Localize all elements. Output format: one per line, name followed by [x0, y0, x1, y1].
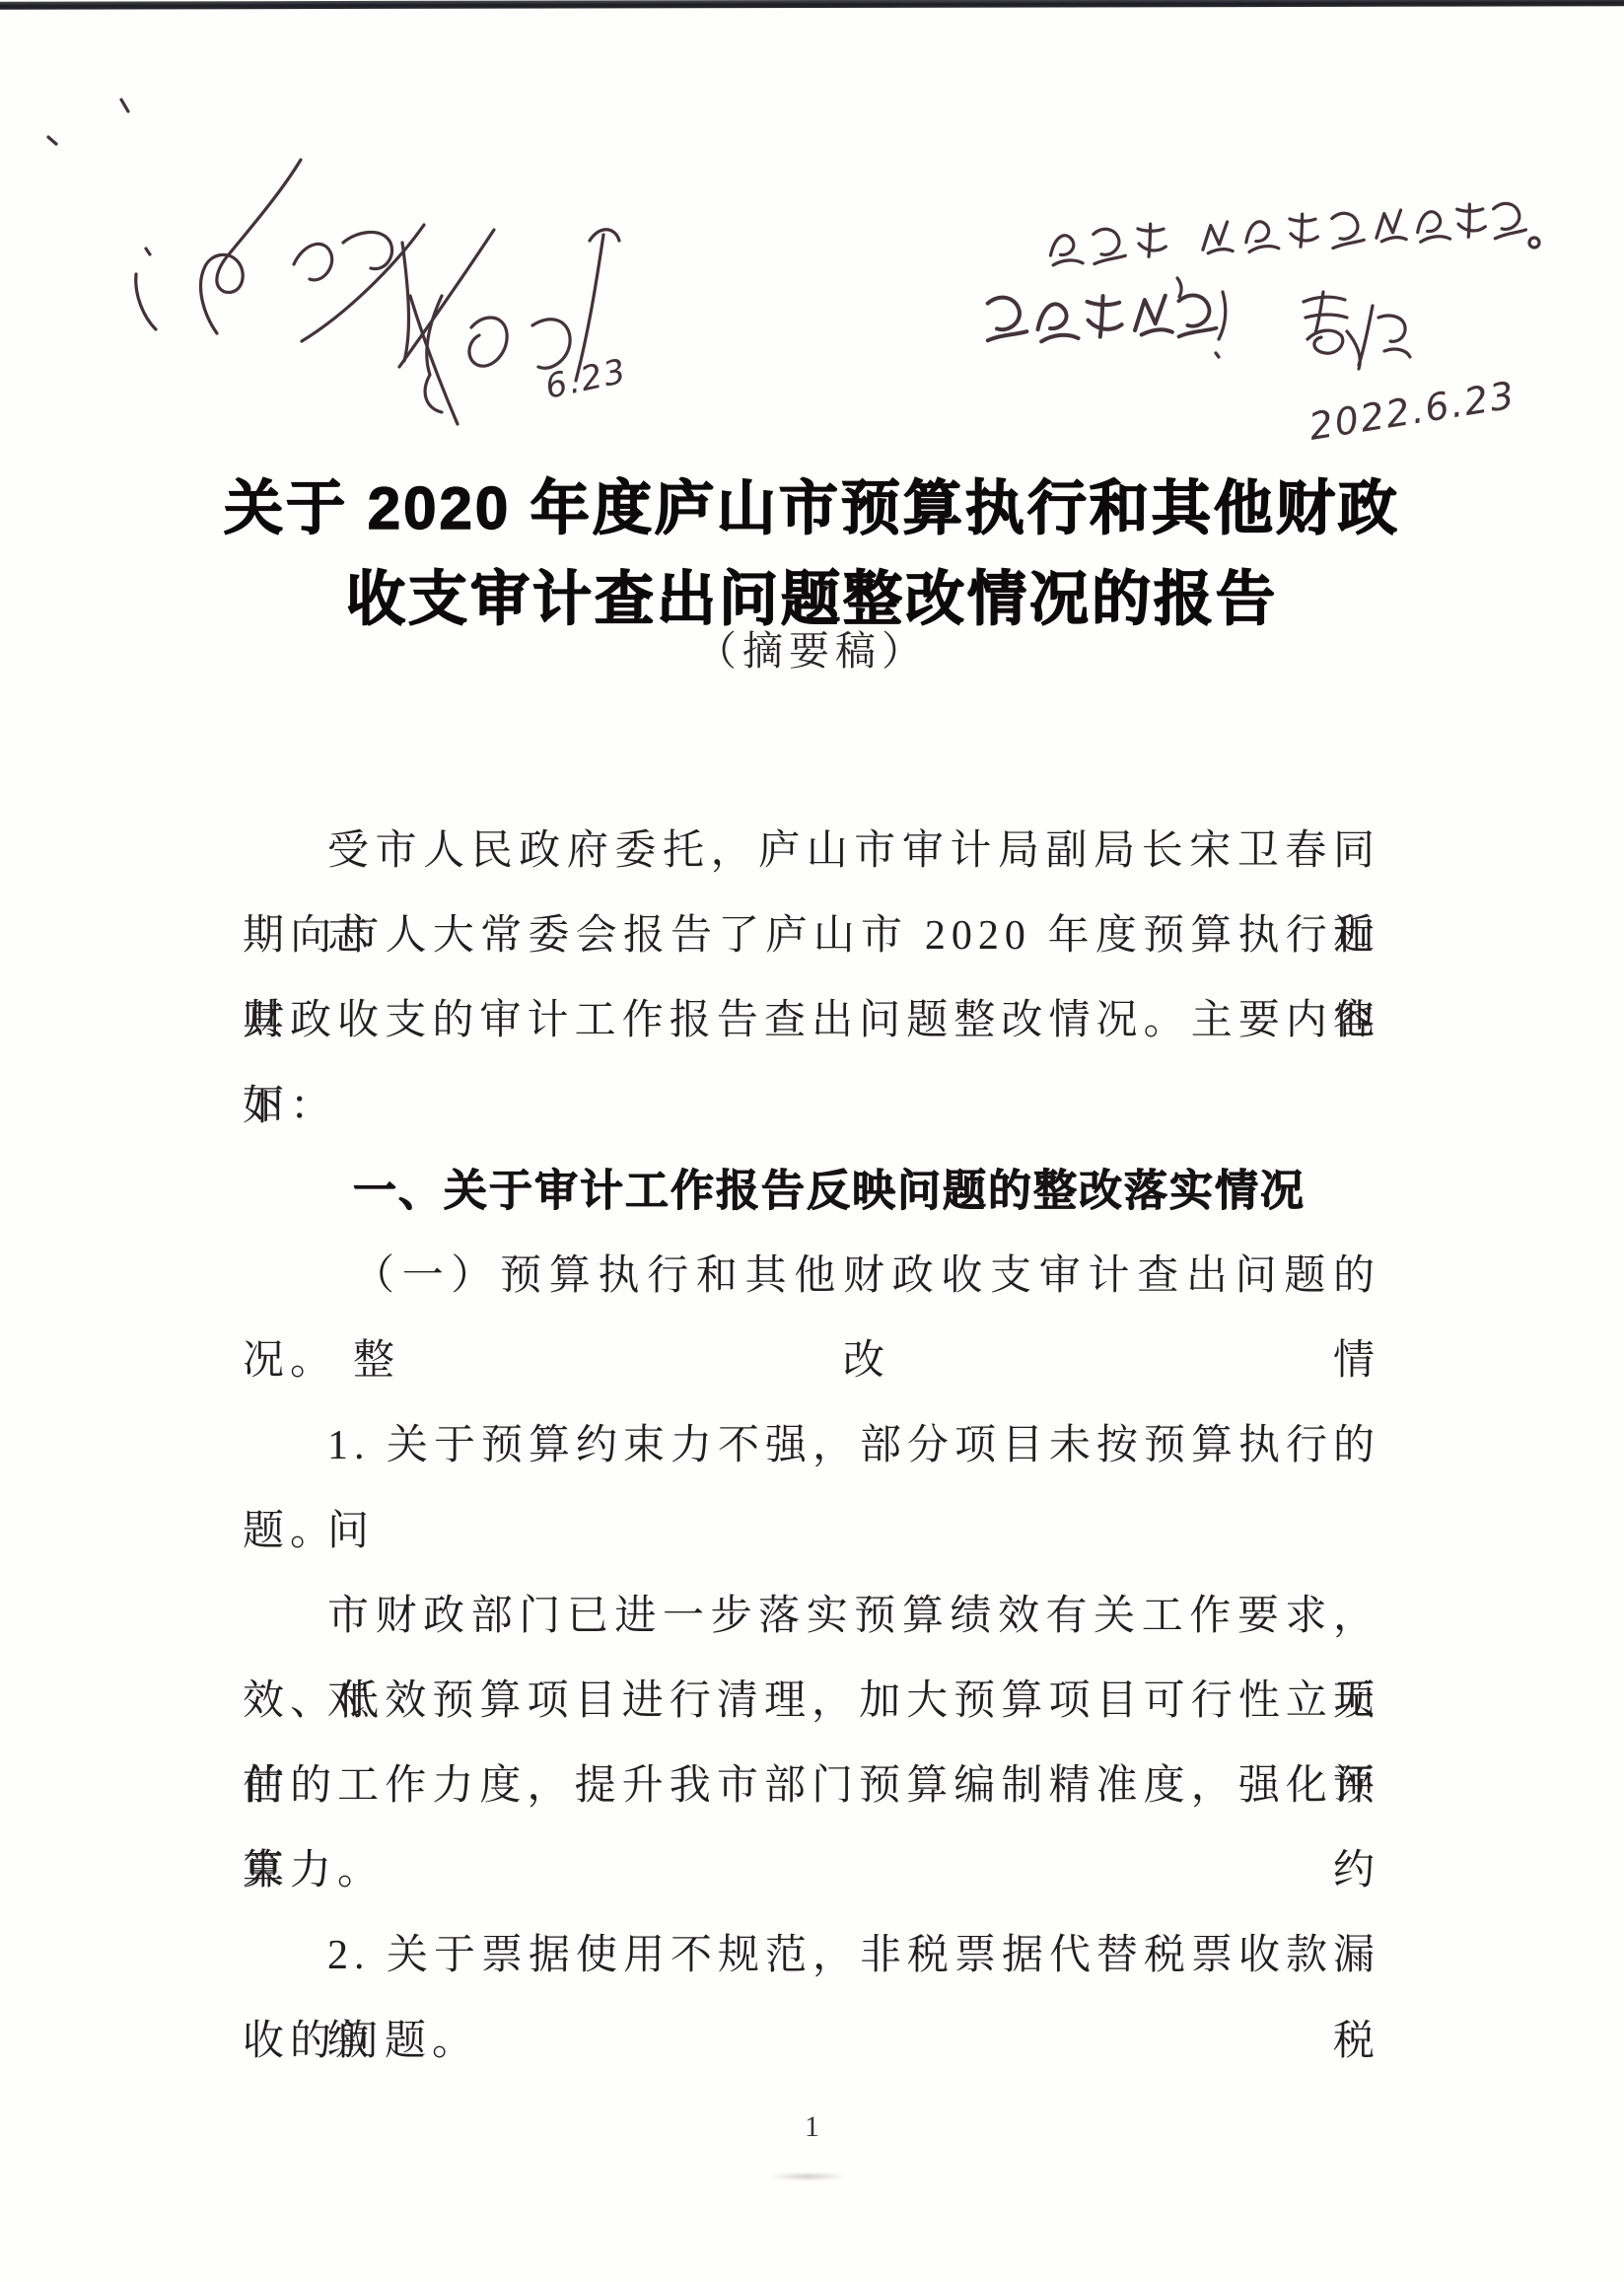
handwritten-note-line2 — [985, 292, 1226, 357]
handwritten-signature-b: 6.23 — [399, 230, 631, 412]
scan-smudge — [771, 2173, 844, 2180]
handwritten-date-left: 6.23 — [542, 351, 631, 407]
scan-edge-bar — [0, 0, 1624, 10]
body-line: 市财政部门已进一步落实预算绩效有关工作要求，对无 — [243, 1574, 1380, 1659]
scanned-document-page: 6.23 — [0, 0, 1624, 2282]
section-heading: 一、关于审计工作报告反映问题的整改落实情况 — [243, 1149, 1380, 1234]
body-line: 效、低效预算项目进行清理，加大预算项目可行性立项前评 — [243, 1659, 1380, 1744]
body-line: 期向市人大常委会报告了庐山市 2020 年度预算执行和其他 — [243, 893, 1380, 978]
body-line: 题。 — [243, 1489, 1380, 1574]
handwritten-signature-a — [48, 100, 458, 424]
body-line: 估的工作力度，提升我市部门预算编制精准度，强化预算约 — [243, 1744, 1380, 1828]
body-line: 财政收支的审计工作报告查出问题整改情况。主要内容如 — [243, 978, 1380, 1063]
body-line: 受市人民政府委托，庐山市审计局副局长宋卫春同志近 — [243, 809, 1380, 893]
body-line: 下： — [243, 1064, 1380, 1149]
handwritten-approver-signature: 2022.6.23 — [1304, 292, 1518, 449]
body-line: （一）预算执行和其他财政收支审计查出问题的整改情 — [243, 1234, 1380, 1319]
document-subtitle: （摘要稿） — [0, 625, 1624, 677]
body-line: 2. 关于票据使用不规范，非税票据代替税票收款漏缴税 — [243, 1913, 1380, 1998]
handwritten-note-line1 — [1049, 201, 1539, 297]
body-line: 1. 关于预算约束力不强，部分项目未按预算执行的问 — [243, 1403, 1380, 1488]
document-body: 受市人民政府委托，庐山市审计局副局长宋卫春同志近 期向市人大常委会报告了庐山市 … — [243, 809, 1380, 2084]
document-title: 关于 2020 年度庐山市预算执行和其他财政 收支审计查出问题整改情况的报告 — [0, 464, 1624, 645]
title-line-1: 关于 2020 年度庐山市预算执行和其他财政 — [0, 464, 1624, 554]
handwritten-approver-date: 2022.6.23 — [1306, 373, 1519, 449]
page-number: 1 — [0, 2110, 1624, 2144]
handwriting-layer: 6.23 — [0, 0, 1624, 533]
